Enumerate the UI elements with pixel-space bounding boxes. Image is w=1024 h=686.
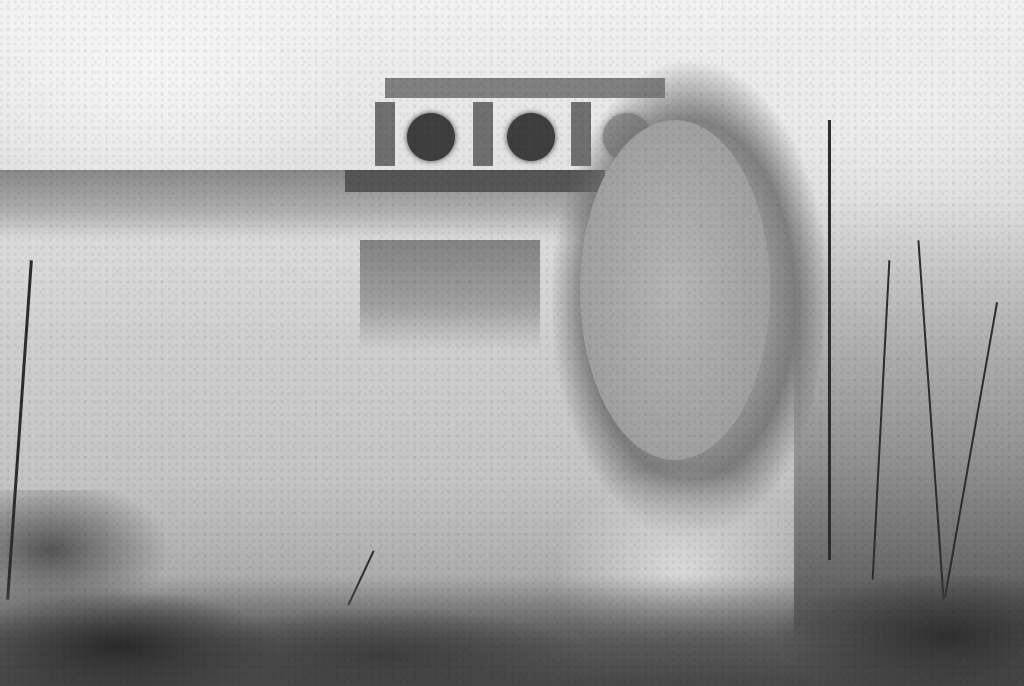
foreground-vegetation xyxy=(0,576,1024,686)
frieze-panel xyxy=(375,102,395,166)
frieze-panel xyxy=(473,102,493,166)
stain-interior xyxy=(580,120,770,460)
frieze-roundel xyxy=(407,113,455,161)
painted-lower-panel xyxy=(360,240,540,350)
plant-stem xyxy=(828,120,831,560)
archival-photograph xyxy=(0,0,1024,686)
